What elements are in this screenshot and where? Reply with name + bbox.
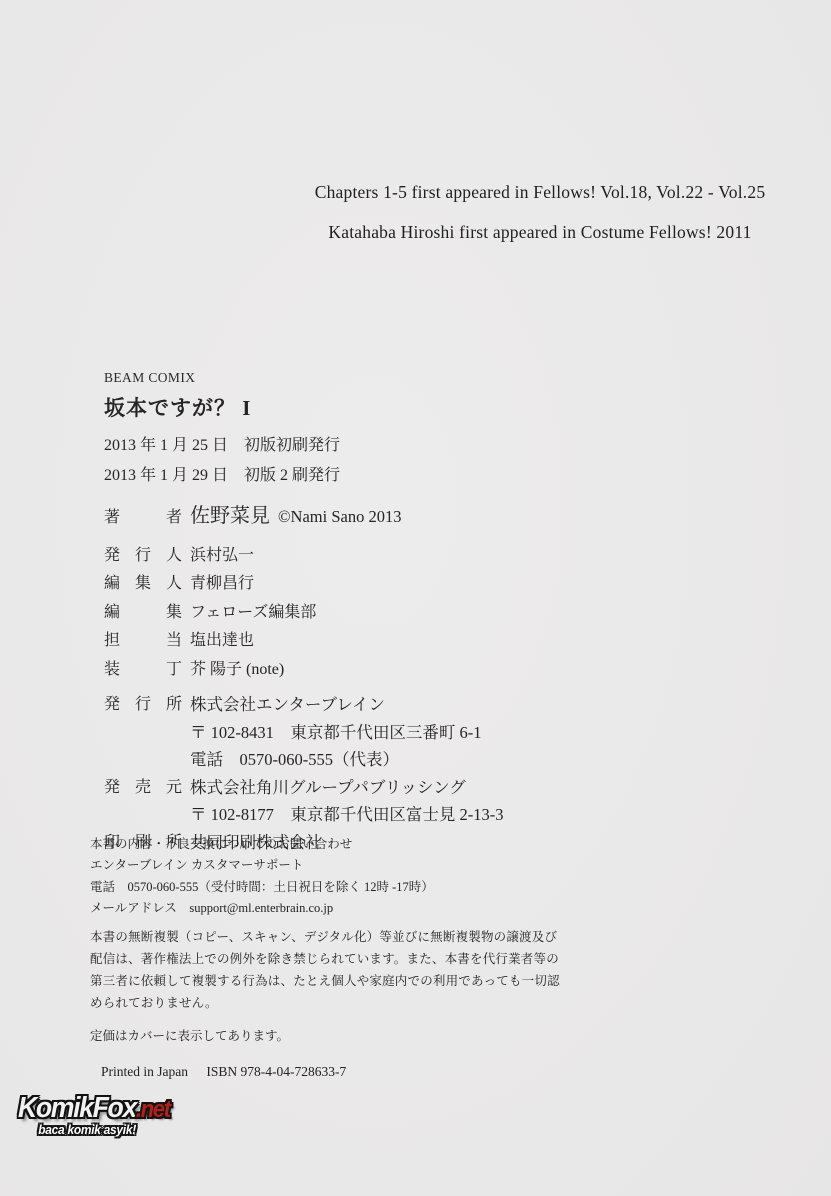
publisher-phone: 電話 0570-060-555（代表） xyxy=(190,746,482,774)
price-note: 定価はカバーに表示してあります。 xyxy=(90,1025,610,1047)
legal-line: 第三者に依頼して複製する行為は、たとえ個人や家庭内での利用であっても一切認 xyxy=(90,970,602,992)
credit-value: 青柳昌行 xyxy=(190,570,254,599)
distributor-address: 〒 102-8177 東京都千代田区富士見 2-13-3 xyxy=(190,801,503,829)
publishing-info: 発行所 株式会社エンターブレイン 〒 102-8431 東京都千代田区三番町 6… xyxy=(104,691,664,856)
legal-line: 配信は、著作権法上での例外を除き禁じられています。また、本書を代行業者等の xyxy=(90,948,602,970)
distributor-label: 発売元 xyxy=(104,774,182,802)
serialization-note-line-2: Katahaba Hiroshi first appeared in Costu… xyxy=(245,212,831,252)
watermark-wordmark: KomikFox.net xyxy=(18,1092,170,1125)
legal-line: められておりません。 xyxy=(90,992,602,1014)
customer-support-info: 本書の内容・不良交換についてのお問い合わせ エンターブレイン カスタマーサポート… xyxy=(90,834,610,919)
credit-label: 発行人 xyxy=(104,542,182,571)
publisher-block: 発行所 株式会社エンターブレイン 〒 102-8431 東京都千代田区三番町 6… xyxy=(104,691,664,774)
credit-label: 担当 xyxy=(104,627,182,656)
credit-label: 著者 xyxy=(104,504,182,533)
komikfox-watermark-logo: KomikFox.net baca komik asyik! xyxy=(18,1092,170,1137)
print-date-second: 2013 年 1 月 29 日 初版 2 刷発行 xyxy=(104,461,664,491)
credit-row-design: 装丁 芥 陽子 (note) xyxy=(104,656,664,685)
publisher-name: 株式会社エンターブレイン xyxy=(190,691,482,719)
distributor-block: 発売元 株式会社角川グループパブリッシング 〒 102-8177 東京都千代田区… xyxy=(104,774,664,829)
credit-value: 塩出達也 xyxy=(190,627,254,656)
publisher-details: 株式会社エンターブレイン 〒 102-8431 東京都千代田区三番町 6-1 電… xyxy=(190,691,482,774)
credit-value: 浜村弘一 xyxy=(190,542,254,571)
support-name: エンターブレイン カスタマーサポート xyxy=(90,855,610,876)
serialization-note-line-1: Chapters 1-5 first appeared in Fellows! … xyxy=(245,172,831,212)
credit-row-staff: 担当 塩出達也 xyxy=(104,627,664,656)
credit-value: フェローズ編集部 xyxy=(190,599,316,628)
credit-label: 装丁 xyxy=(104,656,182,685)
printed-isbn-line: Printed in Japan ISBN 978-4-04-728633-7 xyxy=(101,1064,610,1080)
credit-label: 編集 xyxy=(104,599,182,628)
isbn-number: ISBN 978-4-04-728633-7 xyxy=(206,1064,346,1079)
author-name: 佐野菜見 xyxy=(190,502,270,531)
credit-row-chief-editor: 編集人 青柳昌行 xyxy=(104,570,664,599)
colophon-block: BEAM COMIX 坂本ですが？ I 2013 年 1 月 25 日 初版初刷… xyxy=(104,370,664,856)
publisher-label: 発行所 xyxy=(104,691,182,719)
copyright-notice: ©Nami Sano 2013 xyxy=(278,503,401,532)
watermark-site-name: KomikFox xyxy=(18,1092,136,1124)
watermark-site-tld: .net xyxy=(136,1096,170,1123)
credit-row-publisher-person: 発行人 浜村弘一 xyxy=(104,542,664,571)
credit-label: 編集人 xyxy=(104,570,182,599)
distributor-details: 株式会社角川グループパブリッシング 〒 102-8177 東京都千代田区富士見 … xyxy=(190,774,503,829)
serialization-notes: Chapters 1-5 first appeared in Fellows! … xyxy=(245,172,831,252)
colophon-page: Chapters 1-5 first appeared in Fellows! … xyxy=(0,0,831,1196)
print-date-first: 2013 年 1 月 25 日 初版初刷発行 xyxy=(104,431,664,461)
printed-in-japan-label: Printed in Japan xyxy=(101,1064,203,1080)
credit-value: 芥 陽子 (note) xyxy=(190,656,284,685)
book-title: 坂本ですが？ I xyxy=(104,392,664,422)
copyright-legal-text: 本書の無断複製（コピー、スキャン、デジタル化）等並びに無断複製物の譲渡及び 配信… xyxy=(90,926,602,1014)
publisher-address: 〒 102-8431 東京都千代田区三番町 6-1 xyxy=(190,719,482,747)
credits-list: 著者 佐野菜見 ©Nami Sano 2013 発行人 浜村弘一 編集人 青柳昌… xyxy=(104,502,664,684)
fine-print-block: 本書の内容・不良交換についてのお問い合わせ エンターブレイン カスタマーサポート… xyxy=(90,834,610,1080)
imprint-label: BEAM COMIX xyxy=(104,370,664,386)
print-dates: 2013 年 1 月 25 日 初版初刷発行 2013 年 1 月 29 日 初… xyxy=(104,431,664,491)
support-heading: 本書の内容・不良交換についてのお問い合わせ xyxy=(90,834,610,855)
legal-line: 本書の無断複製（コピー、スキャン、デジタル化）等並びに無断複製物の譲渡及び xyxy=(90,926,602,948)
credit-row-editing: 編集 フェローズ編集部 xyxy=(104,599,664,628)
credit-row-author: 著者 佐野菜見 ©Nami Sano 2013 xyxy=(104,502,664,533)
distributor-name: 株式会社角川グループパブリッシング xyxy=(190,774,503,802)
support-phone: 電話 0570-060-555（受付時間：土日祝日を除く 12時 -17時） xyxy=(90,877,610,898)
support-email: メールアドレス support@ml.enterbrain.co.jp xyxy=(90,898,610,919)
